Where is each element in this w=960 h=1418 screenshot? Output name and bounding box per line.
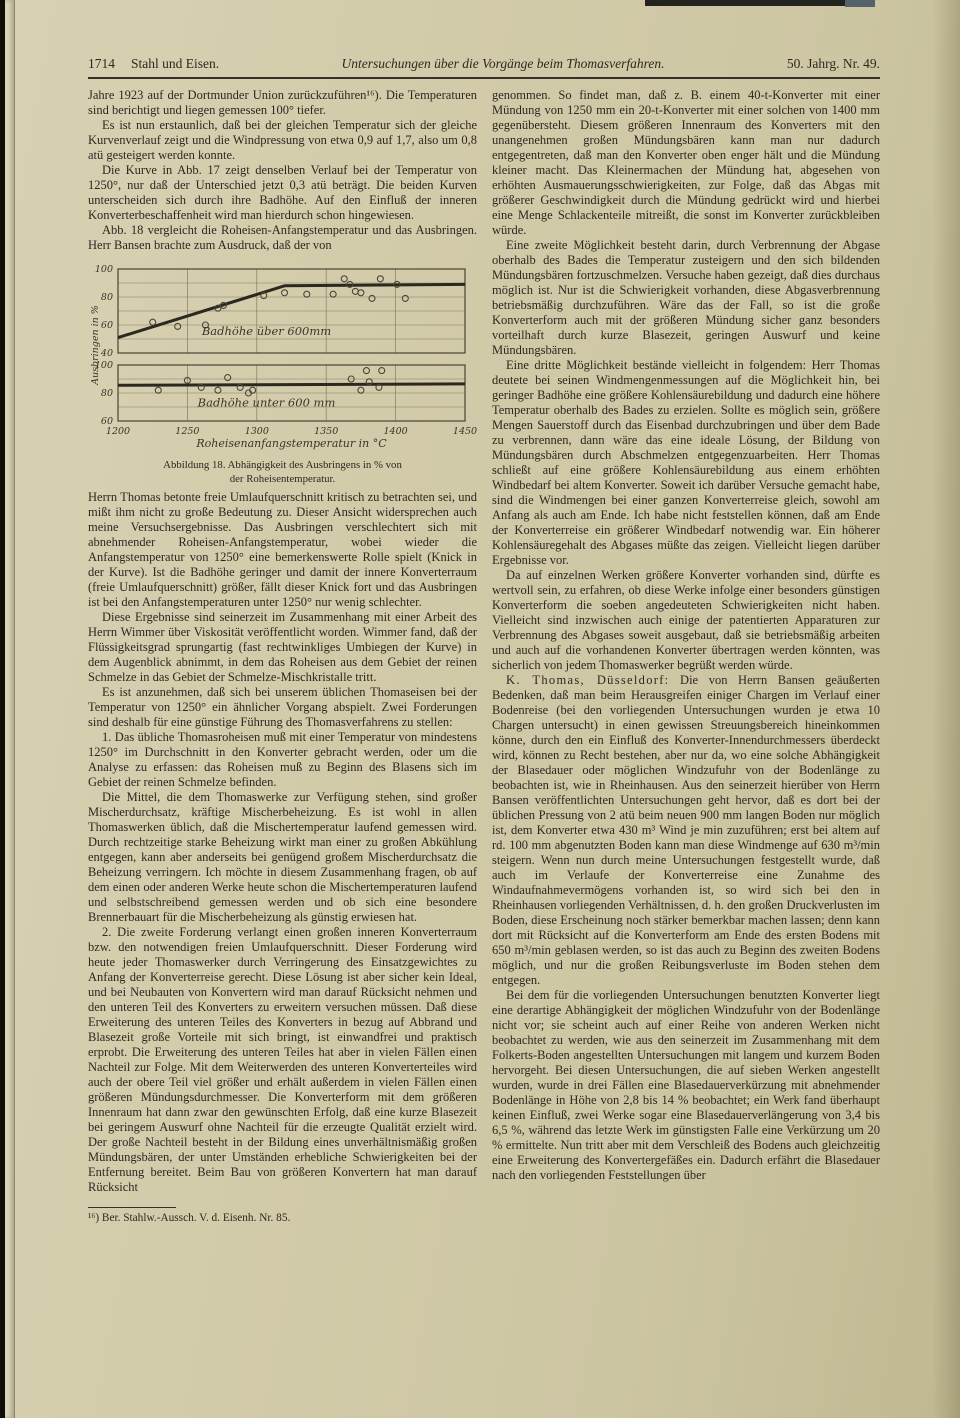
x-tick-label: 1450 xyxy=(453,426,477,437)
page-header: 1714 Stahl und Eisen. Untersuchungen übe… xyxy=(88,56,880,72)
paragraph: Eine dritte Möglichkeit bestände viellei… xyxy=(492,358,880,568)
data-point xyxy=(150,319,156,325)
paragraph: Herrn Thomas betonte freie Umlaufquersch… xyxy=(88,490,477,610)
y-tick-label: 40 xyxy=(100,348,113,359)
figure-18-caption: Abbildung 18. Abhängigkeit des Ausbringe… xyxy=(88,458,477,486)
paragraph: Eine zweite Möglichkeit besteht darin, d… xyxy=(492,238,880,358)
data-point xyxy=(363,368,369,374)
data-point xyxy=(155,387,161,393)
data-point xyxy=(341,276,347,282)
paragraph: Die Kurve in Abb. 17 zeigt denselben Ver… xyxy=(88,163,477,223)
caption-line-2: der Roheisentemperatur. xyxy=(230,473,336,485)
paragraph: Es ist anzunehmen, daß sich bei unserem … xyxy=(88,685,477,730)
data-point xyxy=(304,291,310,297)
footnote-text: ¹⁶) Ber. Stahlw.-Aussch. V. d. Eisenh. N… xyxy=(88,1212,477,1226)
figure-18: 100806040Badhöhe über 600mm1008060Badhöh… xyxy=(88,259,477,486)
left-column: Jahre 1923 auf der Dortmunder Union zurü… xyxy=(88,88,477,1226)
paragraph: Jahre 1923 auf der Dortmunder Union zurü… xyxy=(88,88,477,118)
footnote: ¹⁶) Ber. Stahlw.-Aussch. V. d. Eisenh. N… xyxy=(88,1207,477,1226)
paragraph: genommen. So findet man, daß z. B. einem… xyxy=(492,88,880,238)
data-point xyxy=(225,375,231,381)
scanned-page: 1714 Stahl und Eisen. Untersuchungen übe… xyxy=(0,0,960,1418)
footnote-rule xyxy=(88,1207,176,1208)
scan-top-shadow-tip xyxy=(845,0,875,7)
scan-top-shadow-bar xyxy=(645,0,845,6)
paragraph: Diese Ergebnisse sind seinerzeit im Zusa… xyxy=(88,610,477,685)
paragraph: K. Thomas, Düsseldorf: Die von Herrn Ban… xyxy=(492,673,880,988)
header-rule xyxy=(88,77,880,79)
speaker-statement: Die von Herrn Bansen geäußerten Bedenken… xyxy=(492,673,880,987)
data-point xyxy=(379,368,385,374)
paragraph: Da auf einzelnen Werken größere Konverte… xyxy=(492,568,880,673)
panel-label: Badhöhe unter 600 mm xyxy=(197,395,336,409)
paragraph: 1. Das übliche Thomasroheisen muß mit ei… xyxy=(88,730,477,790)
paragraph: Abb. 18 vergleicht die Roheisen-Anfangst… xyxy=(88,223,477,253)
data-point xyxy=(282,290,288,296)
x-tick-label: 1300 xyxy=(245,426,269,437)
y-tick-label: 80 xyxy=(101,388,113,399)
right-column: genommen. So findet man, daß z. B. einem… xyxy=(492,88,880,1226)
paragraph: 2. Die zweite Forderung verlangt einen g… xyxy=(88,925,477,1195)
paragraph: Die Mittel, die dem Thomaswerke zur Verf… xyxy=(88,790,477,925)
panel-label: Badhöhe über 600mm xyxy=(201,324,331,338)
y-axis-label: Ausbringen in % xyxy=(90,305,101,386)
text-columns: Jahre 1923 auf der Dortmunder Union zurü… xyxy=(88,88,880,1226)
scan-gutter-edge xyxy=(5,0,15,1418)
data-point xyxy=(377,276,383,282)
scan-right-shadow xyxy=(932,0,960,1418)
caption-line-1: Abbildung 18. Abhängigkeit des Ausbringe… xyxy=(163,459,402,471)
data-point xyxy=(330,291,336,297)
page-number: 1714 xyxy=(88,56,115,72)
trend-line xyxy=(118,384,465,385)
y-tick-label: 80 xyxy=(101,292,113,303)
x-tick-label: 1400 xyxy=(384,426,408,437)
figure-18-chart: 100806040Badhöhe über 600mm1008060Badhöh… xyxy=(88,259,477,451)
paragraph: Es ist nun erstaunlich, daß bei der glei… xyxy=(88,118,477,163)
y-tick-label: 60 xyxy=(101,320,113,331)
data-point xyxy=(358,290,364,296)
data-point xyxy=(369,295,375,301)
x-tick-label: 1250 xyxy=(175,426,199,437)
issue-info: 50. Jahrg. Nr. 49. xyxy=(787,56,880,72)
data-point xyxy=(358,387,364,393)
data-point xyxy=(215,387,221,393)
paragraph: Bei dem für die vorliegenden Untersuchun… xyxy=(492,988,880,1183)
x-axis-label: Roheisenanfangstemperatur in °C xyxy=(195,437,387,450)
data-point xyxy=(402,295,408,301)
x-tick-label: 1200 xyxy=(106,426,130,437)
data-point xyxy=(175,323,181,329)
article-running-title: Untersuchungen über die Vorgänge beim Th… xyxy=(219,56,787,72)
page-body: 1714 Stahl und Eisen. Untersuchungen übe… xyxy=(88,56,880,1226)
journal-name: Stahl und Eisen. xyxy=(131,56,219,72)
speaker-name: K. Thomas, Düsseldorf: xyxy=(506,673,669,687)
x-tick-label: 1350 xyxy=(314,426,338,437)
y-tick-label: 100 xyxy=(95,264,113,275)
